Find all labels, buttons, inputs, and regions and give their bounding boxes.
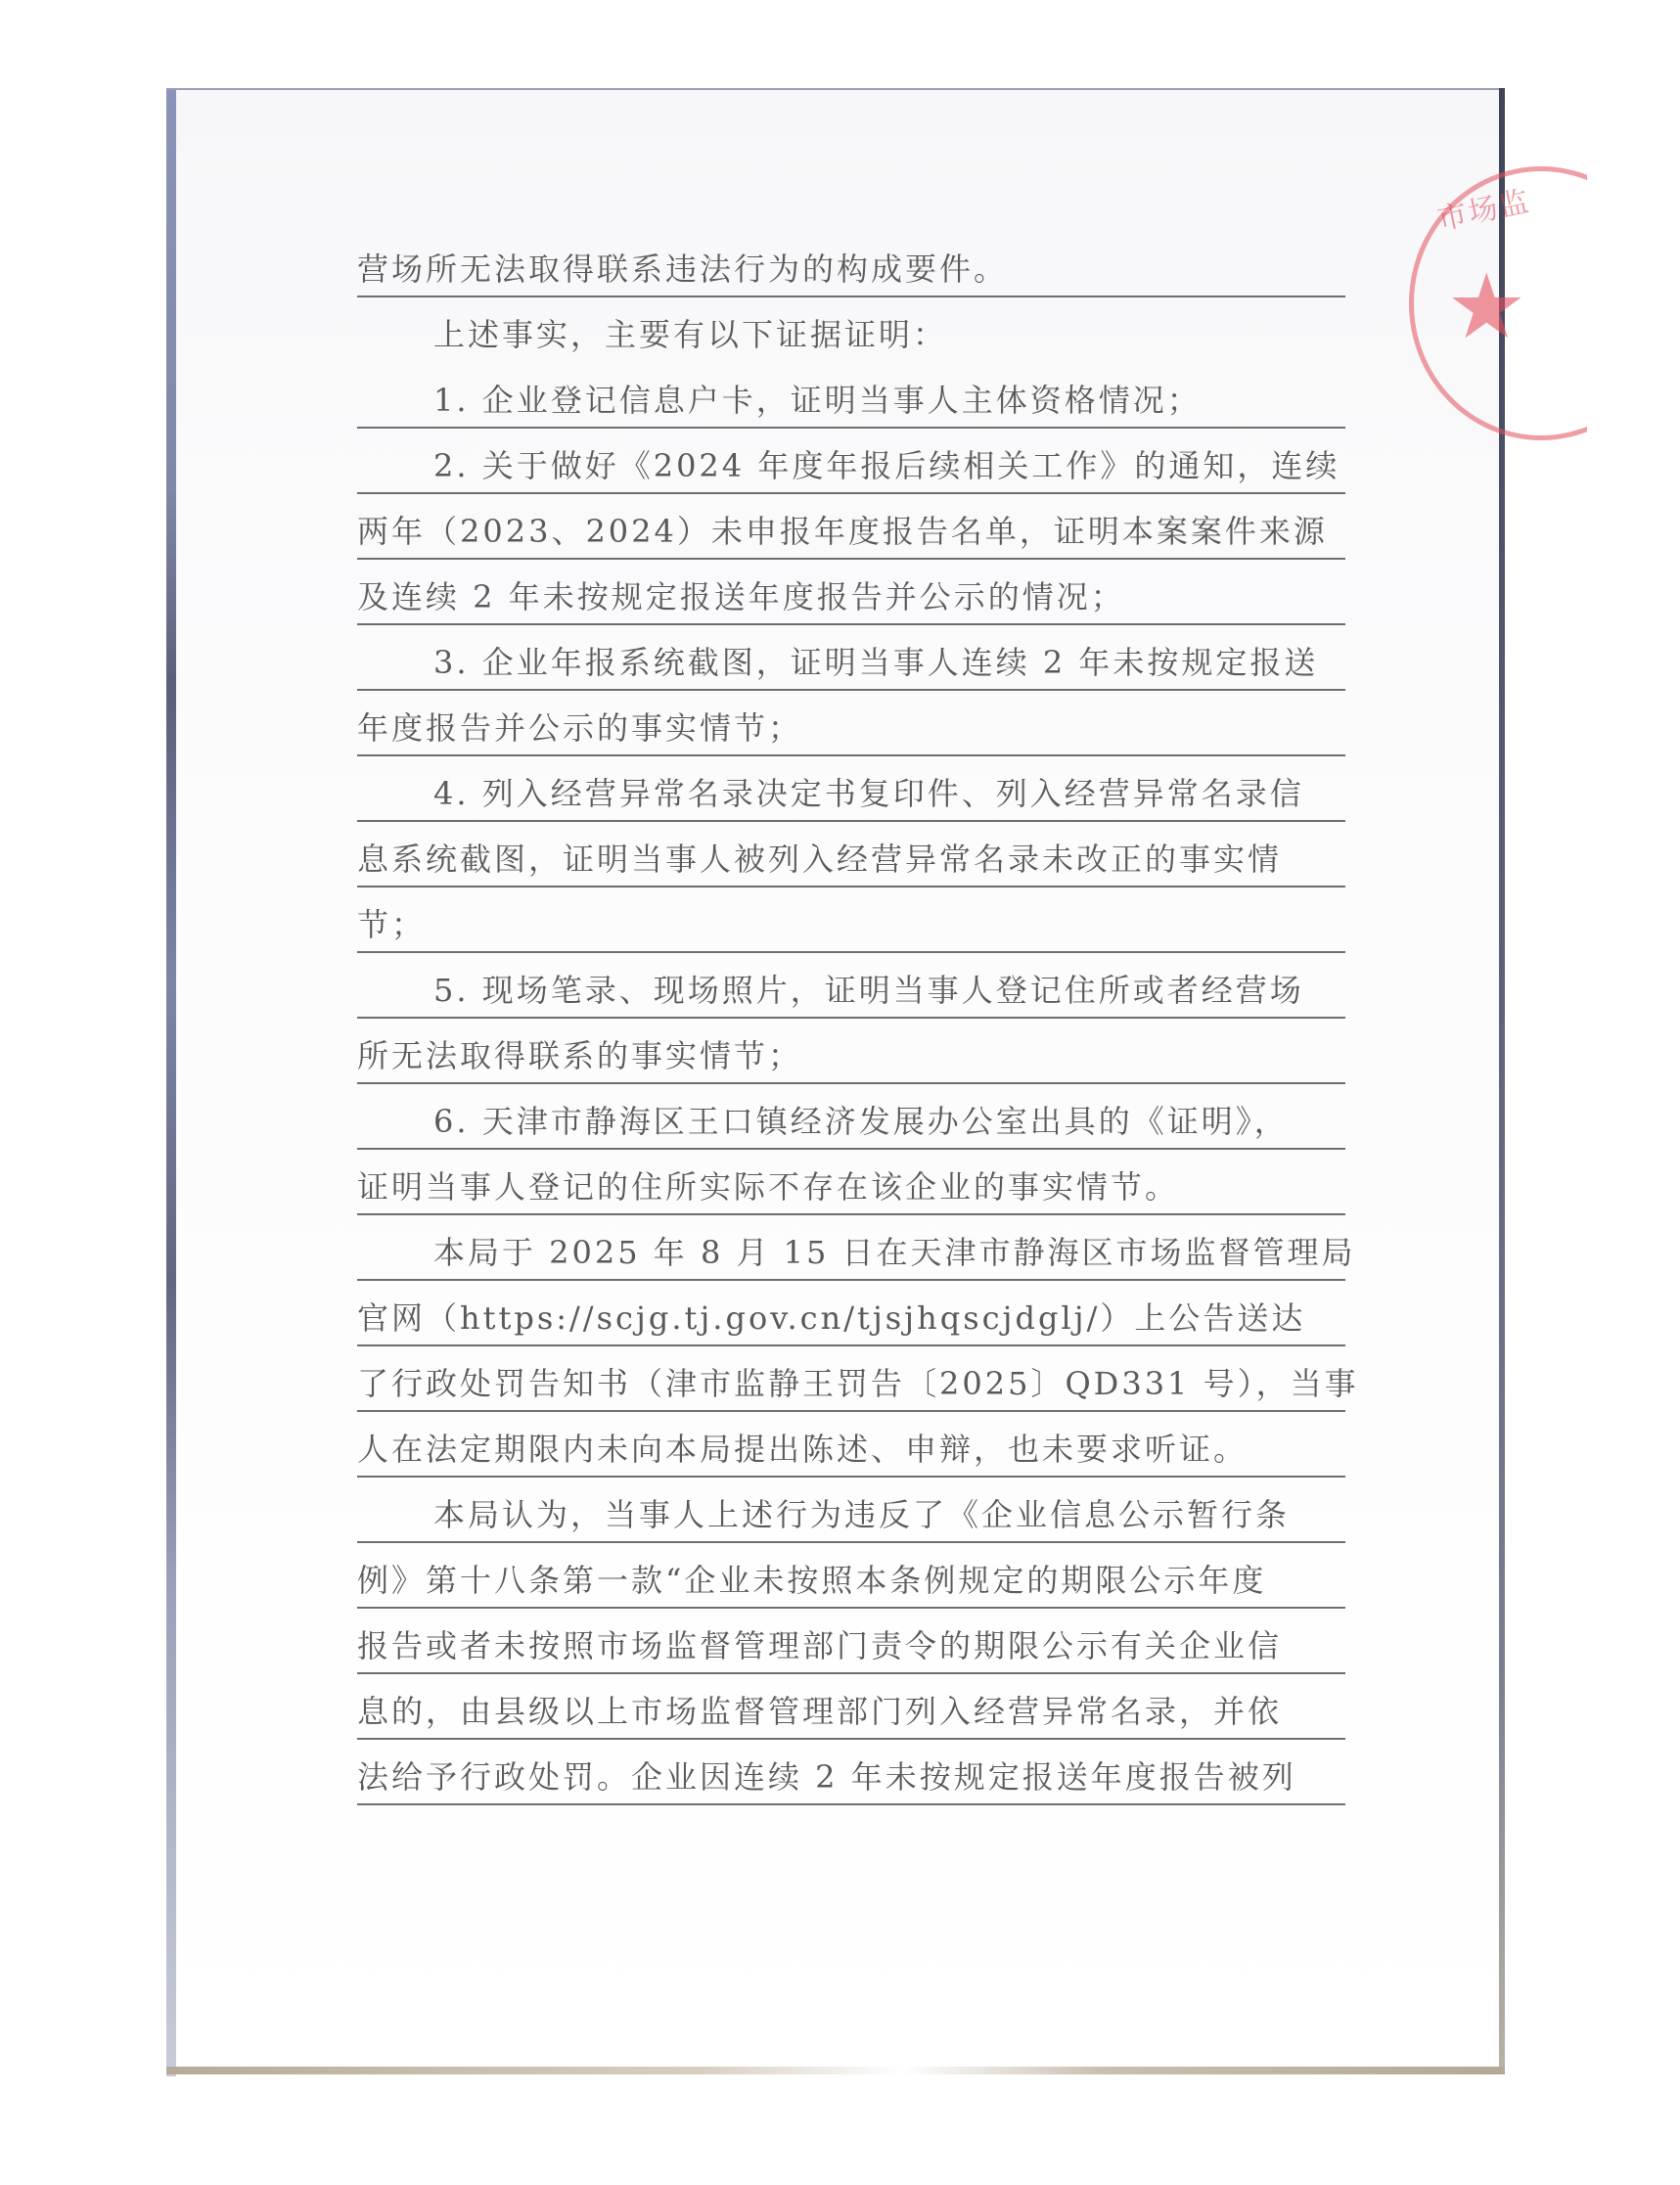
page-left-edge [166,90,176,2076]
text-line: 及连续 2 年未按规定报送年度报告并公示的情况； [357,570,1345,636]
text-line: 节； [357,898,1345,964]
evidence-item-1: 1. 企业登记信息户卡，证明当事人主体资格情况； [357,374,1345,439]
finding-paragraph: 本局认为，当事人上述行为违反了《企业信息公示暂行条 [357,1488,1345,1554]
text-line: 了行政处罚告知书（津市监静王罚告〔2025〕QD331 号），当事 [357,1357,1345,1423]
text-line: 人在法定期限内未向本局提出陈述、申辩，也未要求听证。 [357,1423,1345,1488]
notice-url-line: 官网（https://scjg.tj.gov.cn/tjsjhqscjdglj/… [357,1292,1345,1357]
text-line: 息系统截图，证明当事人被列入经营异常名录未改正的事实情 [357,833,1345,898]
document-body: 营场所无法取得联系违法行为的构成要件。 上述事实，主要有以下证据证明： 1. 企… [357,243,1345,1816]
star-icon: ★ [1446,262,1526,352]
page-bottom-edge [166,2067,1505,2074]
text-line: 营场所无法取得联系违法行为的构成要件。 [357,243,1345,308]
text-line: 例》第十八条第一款“企业未按照本条例规定的期限公示年度 [357,1554,1345,1619]
evidence-item-2: 2. 关于做好《2024 年度年报后续相关工作》的通知，连续 [357,439,1345,505]
evidence-item-6: 6. 天津市静海区王口镇经济发展办公室出具的《证明》， [357,1095,1345,1161]
text-line: 息的，由县级以上市场监督管理部门列入经营异常名录，并依 [357,1685,1345,1751]
text-line: 两年（2023、2024）未申报年度报告名单，证明本案案件来源 [357,505,1345,570]
text-line: 报告或者未按照市场监督管理部门责令的期限公示有关企业信 [357,1619,1345,1685]
evidence-item-4: 4. 列入经营异常名录决定书复印件、列入经营异常名录信 [357,767,1345,833]
text-line: 法给予行政处罚。企业因连续 2 年未按规定报送年度报告被列 [357,1751,1345,1816]
evidence-item-5: 5. 现场笔录、现场照片，证明当事人登记住所或者经营场 [357,964,1345,1029]
evidence-item-3: 3. 企业年报系统截图，证明当事人连续 2 年未按规定报送 [357,636,1345,702]
notice-paragraph: 本局于 2025 年 8 月 15 日在天津市静海区市场监督管理局 [357,1226,1345,1292]
text-line: 上述事实，主要有以下证据证明： [357,308,1345,374]
text-line: 所无法取得联系的事实情节； [357,1029,1345,1095]
text-line: 年度报告并公示的事实情节； [357,702,1345,767]
text-line: 证明当事人登记的住所实际不存在该企业的事实情节。 [357,1161,1345,1226]
